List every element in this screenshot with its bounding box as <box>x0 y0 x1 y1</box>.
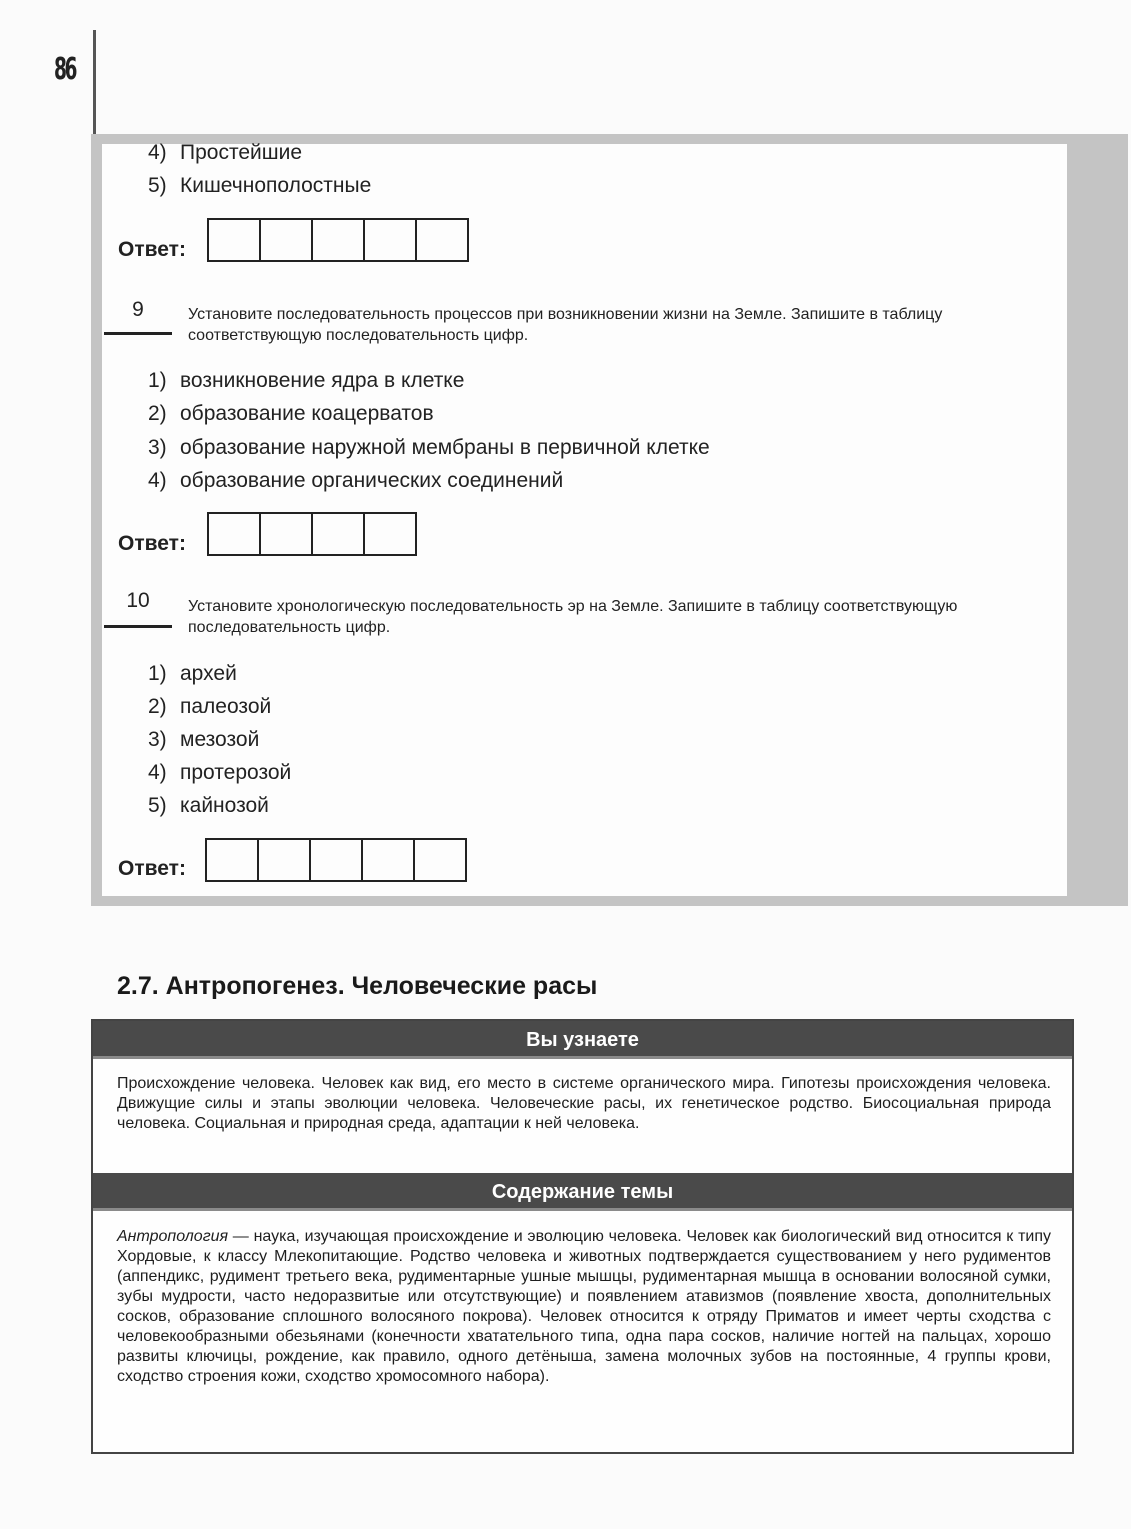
list-item: 4)образование органических соединений <box>148 469 563 493</box>
content-text: Антропология — наука, изучающая происхож… <box>117 1227 1051 1387</box>
answer-cell[interactable] <box>363 220 415 260</box>
answer-cell[interactable] <box>259 514 311 554</box>
answer-grid-q10 <box>205 838 467 882</box>
question-text: Установите последовательность процессов … <box>188 304 1058 346</box>
page-margin-rule <box>93 30 96 134</box>
answer-cell[interactable] <box>209 514 259 554</box>
answer-label: Ответ: <box>118 857 186 881</box>
answer-grid-q9 <box>207 512 417 556</box>
answer-cell[interactable] <box>311 514 363 554</box>
task-block: 4)Простейшие 5)Кишечнополостные Ответ: 9… <box>102 144 1067 896</box>
section-title: 2.7. Антропогенез. Человеческие расы <box>117 972 597 1001</box>
answer-cell[interactable] <box>363 514 415 554</box>
answer-cell[interactable] <box>309 840 361 880</box>
content-term: Антропология <box>117 1228 228 1245</box>
answer-cell[interactable] <box>413 840 465 880</box>
answer-grid-q8 <box>207 218 469 262</box>
topic-info-box: Вы узнаете Происхождение человека. Челов… <box>91 1019 1074 1454</box>
list-item: 4)протерозой <box>148 761 291 785</box>
list-item: 3)мезозой <box>148 728 259 752</box>
question-number: 10 <box>108 589 168 613</box>
list-item: 2)образование коацерватов <box>148 402 434 426</box>
list-item: 1)возникновение ядра в клетке <box>148 369 464 393</box>
list-item: 3)образование наружной мембраны в первич… <box>148 436 710 460</box>
list-item: 4)Простейшие <box>148 141 302 165</box>
answer-cell[interactable] <box>259 220 311 260</box>
answer-label: Ответ: <box>118 238 186 262</box>
answer-cell[interactable] <box>207 840 257 880</box>
answer-cell[interactable] <box>209 220 259 260</box>
list-item: 5)кайнозой <box>148 794 269 818</box>
task-block-frame: 4)Простейшие 5)Кишечнополостные Ответ: 9… <box>91 134 1128 906</box>
content-header: Содержание темы <box>93 1173 1072 1211</box>
list-item: 1)архей <box>148 662 237 686</box>
answer-cell[interactable] <box>311 220 363 260</box>
question-text: Установите хронологическую последователь… <box>188 596 1058 638</box>
question-underline <box>104 332 172 335</box>
answer-cell[interactable] <box>361 840 413 880</box>
answer-label: Ответ: <box>118 532 186 556</box>
answer-cell[interactable] <box>415 220 467 260</box>
list-item: 2)палеозой <box>148 695 271 719</box>
learn-text: Происхождение человека. Человек как вид,… <box>117 1074 1051 1134</box>
question-number: 9 <box>108 298 168 322</box>
learn-header: Вы узнаете <box>93 1021 1072 1059</box>
page-number: 86 <box>54 52 75 87</box>
question-underline <box>104 625 172 628</box>
list-item: 5)Кишечнополостные <box>148 174 371 198</box>
answer-cell[interactable] <box>257 840 309 880</box>
